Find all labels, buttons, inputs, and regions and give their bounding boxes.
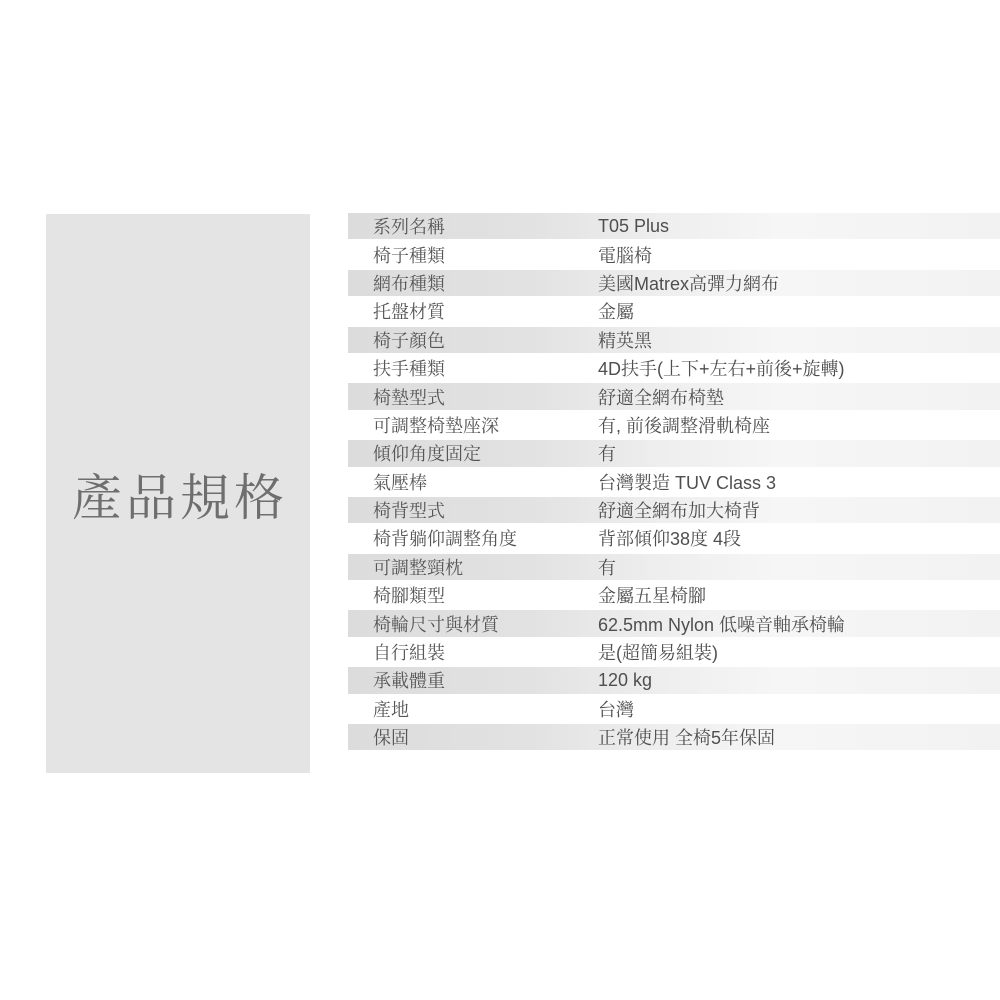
spec-value: 金屬五星椅腳 (598, 582, 1000, 608)
spec-label: 椅子種類 (348, 242, 598, 268)
spec-value: T05 Plus (598, 216, 1000, 237)
spec-table: 系列名稱T05 Plus椅子種類電腦椅網布種類美國Matrex高彈力網布托盤材質… (348, 212, 1000, 751)
page-title: 產品規格 (72, 458, 288, 530)
spec-row: 扶手種類4D扶手(上下+左右+前後+旋轉) (348, 354, 1000, 382)
spec-value: 有, 前後調整滑軌椅座 (598, 412, 1000, 438)
spec-row: 自行組裝是(超簡易組裝) (348, 638, 1000, 666)
spec-row: 保固正常使用 全椅5年保固 (348, 723, 1000, 751)
spec-label: 系列名稱 (348, 213, 598, 239)
spec-label: 椅輪尺寸與材質 (348, 611, 598, 637)
spec-value: 台灣製造 TUV Class 3 (598, 469, 1000, 495)
spec-label: 自行組裝 (348, 639, 598, 665)
spec-label: 椅背型式 (348, 497, 598, 523)
spec-label: 承載體重 (348, 667, 598, 693)
spec-value: 是(超簡易組裝) (598, 639, 1000, 665)
spec-value: 舒適全網布加大椅背 (598, 497, 1000, 523)
spec-value: 4D扶手(上下+左右+前後+旋轉) (598, 355, 1000, 381)
spec-row: 承載體重120 kg (348, 666, 1000, 694)
spec-row: 椅背型式舒適全網布加大椅背 (348, 496, 1000, 524)
spec-value: 背部傾仰38度 4段 (598, 525, 1000, 551)
spec-row: 氣壓棒台灣製造 TUV Class 3 (348, 468, 1000, 496)
spec-label: 網布種類 (348, 270, 598, 296)
spec-value: 金屬 (598, 298, 1000, 324)
spec-row: 網布種類美國Matrex高彈力網布 (348, 269, 1000, 297)
spec-label: 椅腳類型 (348, 582, 598, 608)
spec-row: 傾仰角度固定有 (348, 439, 1000, 467)
spec-label: 可調整頸枕 (348, 554, 598, 580)
spec-value: 電腦椅 (598, 242, 1000, 268)
spec-label: 椅背躺仰調整角度 (348, 525, 598, 551)
spec-row: 椅子種類電腦椅 (348, 240, 1000, 268)
spec-label: 可調整椅墊座深 (348, 412, 598, 438)
spec-value: 120 kg (598, 670, 1000, 691)
spec-label: 氣壓棒 (348, 469, 598, 495)
spec-value: 正常使用 全椅5年保固 (598, 724, 1000, 750)
spec-label: 椅墊型式 (348, 384, 598, 410)
spec-label: 傾仰角度固定 (348, 440, 598, 466)
spec-row: 椅背躺仰調整角度背部傾仰38度 4段 (348, 524, 1000, 552)
spec-value: 62.5mm Nylon 低噪音軸承椅輪 (598, 611, 1000, 637)
spec-value: 舒適全網布椅墊 (598, 384, 1000, 410)
spec-row: 可調整椅墊座深有, 前後調整滑軌椅座 (348, 411, 1000, 439)
spec-value: 台灣 (598, 696, 1000, 722)
spec-row: 椅腳類型金屬五星椅腳 (348, 581, 1000, 609)
spec-row: 托盤材質金屬 (348, 297, 1000, 325)
spec-title-panel: 產品規格 (46, 214, 310, 773)
spec-label: 托盤材質 (348, 298, 598, 324)
spec-row: 椅墊型式舒適全網布椅墊 (348, 382, 1000, 410)
spec-label: 扶手種類 (348, 355, 598, 381)
spec-value: 精英黑 (598, 327, 1000, 353)
spec-row: 系列名稱T05 Plus (348, 212, 1000, 240)
spec-row: 椅子顏色精英黑 (348, 326, 1000, 354)
spec-value: 有 (598, 440, 1000, 466)
spec-row: 產地台灣 (348, 695, 1000, 723)
spec-label: 產地 (348, 696, 598, 722)
product-spec-sheet: 產品規格 系列名稱T05 Plus椅子種類電腦椅網布種類美國Matrex高彈力網… (0, 0, 1000, 1000)
spec-label: 保固 (348, 724, 598, 750)
spec-value: 美國Matrex高彈力網布 (598, 270, 1000, 296)
spec-row: 可調整頸枕有 (348, 553, 1000, 581)
spec-value: 有 (598, 554, 1000, 580)
spec-label: 椅子顏色 (348, 327, 598, 353)
spec-row: 椅輪尺寸與材質62.5mm Nylon 低噪音軸承椅輪 (348, 609, 1000, 637)
